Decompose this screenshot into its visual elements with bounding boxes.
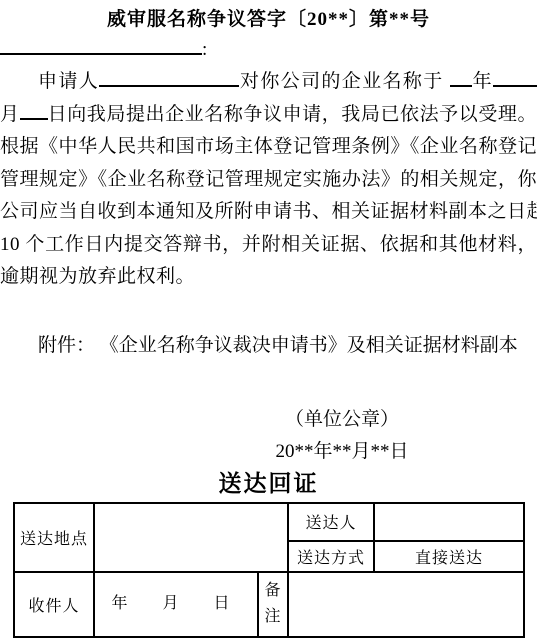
body-line-6: 10 个工作日内提交答辩书，并附相关证据、依据和其他材料， [0,229,537,262]
delivery-place-label-cell: 送达地点 [14,503,94,572]
delivery-method-value-cell: 直接送达 [374,541,524,572]
day-blank-underline [20,101,48,120]
remarks-value-cell [288,572,524,637]
notice-body: 申请人对你公司的企业名称于 年 月日向我局提出企业名称争议申请，我局已依法予以受… [0,66,537,294]
remarks-label-cell: 备注 [258,572,288,637]
document-page: 威审服名称争议答字〔20**〕第**号 : 申请人对你公司的企业名称于 年 月日… [0,0,537,640]
unit-seal-placeholder: （单位公章） [152,404,532,436]
body-line-2: 月日向我局提出企业名称争议申请，我局已依法予以受理。 [0,99,537,132]
attachment-label: 附件： [38,335,95,356]
body-line-3: 根据《中华人民共和国市场主体登记管理条例》《企业名称登记 [0,131,537,164]
month-blank-underline [493,68,537,87]
delivery-receipt-table: 送达地点 送达人 送达方式 直接送达 收件人 年 月 日 备注 [13,502,525,638]
addressee-line: : [0,34,537,66]
year-blank-underline [450,68,472,87]
delivery-receipt-title: 送达回证 [0,470,537,498]
addressee-colon: : [202,39,207,60]
delivery-method-label-cell: 送达方式 [288,541,374,572]
attachment-line: 附件： 《企业名称争议裁决申请书》及相关证据材料副本 [0,330,537,362]
recipient-sign-date-cell: 年 月 日 [94,572,258,637]
recipient-label-cell: 收件人 [14,572,94,637]
document-number-title: 威审服名称争议答字〔20**〕第**号 [0,0,537,34]
body-line-7: 逾期视为放弃此权利。 [0,261,537,294]
body-line-1: 申请人对你公司的企业名称于 年 [0,66,537,99]
addressee-blank-underline [0,36,202,55]
applicant-blank-underline [99,68,239,87]
deliverer-label-cell: 送达人 [288,503,374,541]
body-line-5: 公司应当自收到本通知及所附申请书、相关证据材料副本之日起 [0,196,537,229]
signature-block: （单位公章） 20**年**月**日 [152,404,532,468]
issue-date: 20**年**月**日 [152,436,532,468]
deliverer-value-cell [374,503,524,541]
delivery-place-value-cell [94,503,288,572]
attachment-text: 《企业名称争议裁决申请书》及相关证据材料副本 [100,335,518,356]
body-line-4: 管理规定》《企业名称登记管理规定实施办法》的相关规定，你 [0,164,537,197]
